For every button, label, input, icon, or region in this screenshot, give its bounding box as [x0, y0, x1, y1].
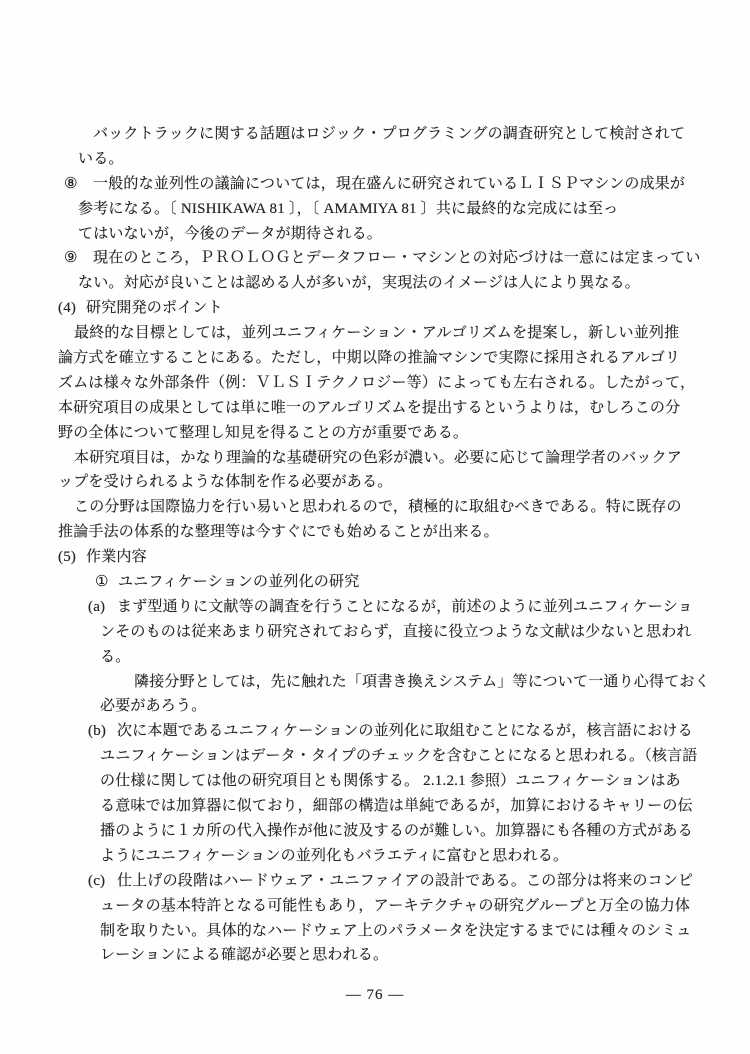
text-line: 推論手法の体系的な整理等は今すぐにでも始めることが出来る。	[0, 520, 750, 545]
item-a-marker: (a)	[88, 595, 105, 620]
sec4-p1-line-3: ズムは様々な外部条件（例：ＶＬＳＩテクノロジー等）によっても左右される。したがっ…	[58, 375, 695, 391]
item9-marker: ⑨	[64, 246, 78, 271]
sec4-p1-line-4: 本研究項目の成果としては単に唯一のアルゴリズムを提出するというよりは，むしろこの…	[58, 400, 680, 416]
text-line: ズムは様々な外部条件（例：ＶＬＳＩテクノロジー等）によっても左右される。したがっ…	[0, 371, 750, 396]
text-line: ップを受けられるような体制を作る必要がある。	[0, 470, 750, 495]
text-line: 必要があろう。	[0, 694, 750, 719]
item8-line-2: 参考になる。〔 NISHIKAWA 81 〕，〔 AMAMIYA 81 〕共に最…	[78, 201, 618, 217]
section-heading: (5) 作業内容	[0, 545, 750, 570]
subsection-heading: ① ユニフィケーションの並列化の研究	[0, 570, 750, 595]
document-page: バックトラックに関する話題はロジック・プログラミングの調査研究として検討されて …	[0, 0, 750, 1054]
list-item: (b) 次に本題であるユニフィケーションの並列化に取組むことになるが，核言語にお…	[0, 719, 750, 744]
text-line: 隣接分野としては，先に触れた「項書き換えシステム」等について一通り心得ておく	[0, 670, 750, 695]
text-line: 参考になる。〔 NISHIKAWA 81 〕，〔 AMAMIYA 81 〕共に最…	[0, 197, 750, 222]
text-line: る。	[0, 645, 750, 670]
sec4-p1-line-2: 論方式を確立することにある。ただし，中期以降の推論マシンで実際に採用されるアルゴ…	[58, 350, 680, 366]
item-c-line-1: 仕上げの段階はハードウェア・ユニファイアの設計である。この部分は将来のコンピ	[117, 873, 693, 889]
item9-line-1: 現在のところ，ＰＲＯＬＯＧとデータフロー・マシンとの対応づけは一意には定まってい	[93, 250, 701, 266]
text-line: 本研究項目の成果としては単に唯一のアルゴリズムを提出するというよりは，むしろこの…	[0, 396, 750, 421]
item-b-line-5: 播のように１カ所の代入操作が他に波及するのが難しい。加算器にも各種の方式がある	[100, 823, 693, 839]
item-c-line-2: ュータの基本特許となる可能性もあり，アーキテクチャの研究グループと万全の協力体	[100, 898, 690, 914]
text-line: いる。	[0, 147, 750, 172]
text-line: 最終的な目標としては，並列ユニフィケーション・アルゴリズムを提案し，新しい並列推	[0, 321, 750, 346]
sec4-p3-line-1: この分野は国際協力を行い易いと思われるので，積極的に取組むべきである。特に既存の	[74, 499, 682, 515]
list-item: (a) まず型通りに文献等の調査を行うことになるが，前述のように並列ユニフィケー…	[0, 595, 750, 620]
text-line: 論方式を確立することにある。ただし，中期以降の推論マシンで実際に採用されるアルゴ…	[0, 346, 750, 371]
sub1-title: ユニフィケーションの並列化の研究	[118, 574, 359, 590]
document-body: バックトラックに関する話題はロジック・プログラミングの調査研究として検討されて …	[0, 122, 750, 968]
intro-line-1: バックトラックに関する話題はロジック・プログラミングの調査研究として検討されて	[93, 126, 685, 142]
text-line: ンそのものは従来あまり研究されておらず，直接に役立つような文献は少ないと思われ	[0, 620, 750, 645]
section5-marker: (5)	[58, 545, 76, 570]
item-c-line-4: レーションによる確認が必要と思われる。	[100, 947, 388, 963]
item-b-line-2: ユニフィケーションはデータ・タイプのチェックを含むことになると思われる。（核言語	[100, 748, 698, 764]
sub1-marker: ①	[95, 570, 109, 595]
text-line: ようにユニフィケーションの並列化もバラエティに富むと思われる。	[0, 844, 750, 869]
item-b-line-1: 次に本題であるユニフィケーションの並列化に取組むことになるが，核言語における	[117, 723, 693, 739]
item-b-marker: (b)	[88, 719, 106, 744]
item-a-sub-line-2: 必要があろう。	[100, 698, 206, 714]
text-line: レーションによる確認が必要と思われる。	[0, 943, 750, 968]
intro-line-2: いる。	[78, 151, 124, 167]
text-line: ュータの基本特許となる可能性もあり，アーキテクチャの研究グループと万全の協力体	[0, 894, 750, 919]
item8-line-3: てはいないが，今後のデータが期待される。	[78, 226, 382, 242]
item8-line-1: 一般的な並列性の議論については，現在盛んに研究されているＬＩＳＰマシンの成果が	[93, 176, 685, 192]
section4-marker: (4)	[58, 296, 76, 321]
item-b-line-4: る意味では加算器に似ており，細部の構造は単純であるが，加算におけるキャリーの伝	[100, 798, 693, 814]
text-line: ない。対応が良いことは認める人が多いが，実現法のイメージは人により異なる。	[0, 271, 750, 296]
text-line: 播のように１カ所の代入操作が他に波及するのが難しい。加算器にも各種の方式がある	[0, 819, 750, 844]
sec4-p2-line-2: ップを受けられるような体制を作る必要がある。	[58, 474, 392, 490]
sec4-p1-line-5: 野の全体について整理し知見を得ることの方が重要である。	[58, 425, 468, 441]
item9-line-2: ない。対応が良いことは認める人が多いが，実現法のイメージは人により異なる。	[78, 275, 640, 291]
item-b-line-3: の仕様に関しては他の研究項目とも関係する。 2.1.2.1 参照）ユニフィケーシ…	[100, 773, 681, 789]
page-number: — 76 —	[0, 983, 750, 1008]
section5-title: 作業内容	[86, 549, 147, 565]
sec4-p3-line-2: 推論手法の体系的な整理等は今すぐにでも始めることが出来る。	[58, 524, 499, 540]
text-line: 制を取りたい。具体的なハードウェア上のパラメータを決定するまでには種々のシミュ	[0, 919, 750, 944]
text-line: ユニフィケーションはデータ・タイプのチェックを含むことになると思われる。（核言語	[0, 744, 750, 769]
list-item: ⑨ 現在のところ，ＰＲＯＬＯＧとデータフロー・マシンとの対応づけは一意には定まっ…	[0, 246, 750, 271]
text-line: 野の全体について整理し知見を得ることの方が重要である。	[0, 421, 750, 446]
text-line: 本研究項目は，かなり理論的な基礎研究の色彩が濃い。必要に応じて論理学者のバックア	[0, 446, 750, 471]
text-line: バックトラックに関する話題はロジック・プログラミングの調査研究として検討されて	[0, 122, 750, 147]
item8-marker: ⑧	[64, 172, 78, 197]
text-line: の仕様に関しては他の研究項目とも関係する。 2.1.2.1 参照）ユニフィケーシ…	[0, 769, 750, 794]
item-b-line-6: ようにユニフィケーションの並列化もバラエティに富むと思われる。	[100, 848, 568, 864]
item-c-marker: (c)	[88, 869, 105, 894]
section-heading: (4) 研究開発のポイント	[0, 296, 750, 321]
sec4-p1-line-1: 最終的な目標としては，並列ユニフィケーション・アルゴリズムを提案し，新しい並列推	[74, 325, 679, 341]
text-line: てはいないが，今後のデータが期待される。	[0, 222, 750, 247]
text-line: る意味では加算器に似ており，細部の構造は単純であるが，加算におけるキャリーの伝	[0, 794, 750, 819]
item-a-line-3: る。	[100, 649, 130, 665]
item-a-line-2: ンそのものは従来あまり研究されておらず，直接に役立つような文献は少ないと思われ	[100, 624, 692, 640]
item-c-line-3: 制を取りたい。具体的なハードウェア上のパラメータを決定するまでには種々のシミュ	[100, 923, 691, 939]
list-item: ⑧ 一般的な並列性の議論については，現在盛んに研究されているＬＩＳＰマシンの成果…	[0, 172, 750, 197]
item-a-sub-line-1: 隣接分野としては，先に触れた「項書き換えシステム」等について一通り心得ておく	[134, 674, 710, 690]
sec4-p2-line-1: 本研究項目は，かなり理論的な基礎研究の色彩が濃い。必要に応じて論理学者のバックア	[74, 450, 682, 466]
section4-title: 研究開発のポイント	[86, 300, 223, 316]
text-line: この分野は国際協力を行い易いと思われるので，積極的に取組むべきである。特に既存の	[0, 495, 750, 520]
list-item: (c) 仕上げの段階はハードウェア・ユニファイアの設計である。この部分は将来のコ…	[0, 869, 750, 894]
item-a-line-1: まず型通りに文献等の調査を行うことになるが，前述のように並列ユニフィケーショ	[117, 599, 693, 615]
